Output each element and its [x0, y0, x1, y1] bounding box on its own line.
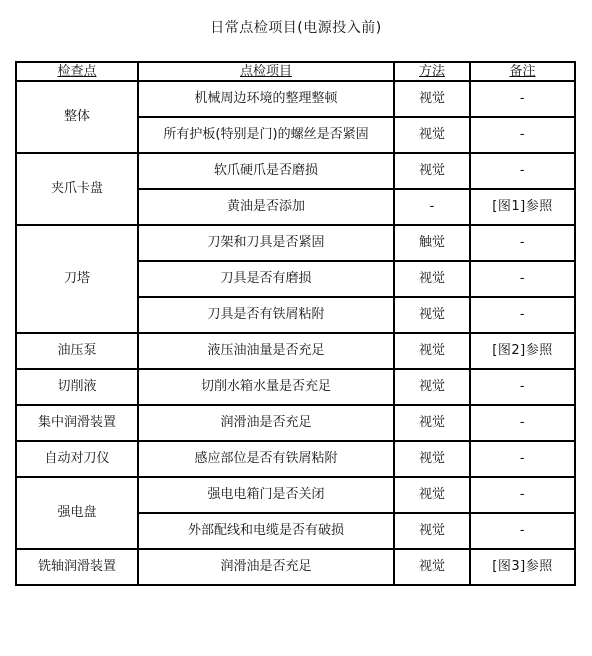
method-cell: 视觉	[394, 333, 470, 369]
header-checkpoint: 检查点	[16, 62, 138, 81]
item-cell: 切削水箱水量是否充足	[138, 369, 394, 405]
table-row: 刀塔 刀架和刀具是否紧固 触觉 -	[16, 225, 575, 261]
checkpoint-cell: 夹爪卡盘	[16, 153, 138, 225]
method-cell: 视觉	[394, 477, 470, 513]
checkpoint-cell: 刀塔	[16, 225, 138, 333]
method-cell: 视觉	[394, 513, 470, 549]
item-cell: 强电电箱门是否关闭	[138, 477, 394, 513]
item-cell: 感应部位是否有铁屑粘附	[138, 441, 394, 477]
table-row: 油压泵 液压油油量是否充足 视觉 [图2]参照	[16, 333, 575, 369]
header-method: 方法	[394, 62, 470, 81]
note-cell: -	[470, 81, 575, 117]
table-row: 铣轴润滑装置 润滑油是否充足 视觉 [图3]参照	[16, 549, 575, 585]
header-note: 备注	[470, 62, 575, 81]
method-cell: 视觉	[394, 117, 470, 153]
table-header-row: 检查点 点检项目 方法 备注	[16, 62, 575, 81]
item-cell: 润滑油是否充足	[138, 549, 394, 585]
checkpoint-cell: 油压泵	[16, 333, 138, 369]
checkpoint-cell: 强电盘	[16, 477, 138, 549]
header-item: 点检项目	[138, 62, 394, 81]
note-cell: -	[470, 297, 575, 333]
checkpoint-cell: 自动对刀仪	[16, 441, 138, 477]
table-row: 集中润滑装置 润滑油是否充足 视觉 -	[16, 405, 575, 441]
method-cell: -	[394, 189, 470, 225]
note-cell: -	[470, 513, 575, 549]
item-cell: 黄油是否添加	[138, 189, 394, 225]
note-cell: -	[470, 261, 575, 297]
inspection-table: 检查点 点检项目 方法 备注 整体 机械周边环境的整理整顿 视觉 - 所有护板(…	[15, 61, 576, 586]
method-cell: 视觉	[394, 549, 470, 585]
method-cell: 视觉	[394, 81, 470, 117]
note-cell: -	[470, 153, 575, 189]
table-row: 整体 机械周边环境的整理整顿 视觉 -	[16, 81, 575, 117]
note-cell: -	[470, 441, 575, 477]
method-cell: 视觉	[394, 153, 470, 189]
item-cell: 所有护板(特别是门)的螺丝是否紧固	[138, 117, 394, 153]
item-cell: 液压油油量是否充足	[138, 333, 394, 369]
method-cell: 视觉	[394, 297, 470, 333]
method-cell: 触觉	[394, 225, 470, 261]
method-cell: 视觉	[394, 369, 470, 405]
item-cell: 刀具是否有铁屑粘附	[138, 297, 394, 333]
note-cell: [图2]参照	[470, 333, 575, 369]
item-cell: 润滑油是否充足	[138, 405, 394, 441]
item-cell: 刀架和刀具是否紧固	[138, 225, 394, 261]
note-cell: -	[470, 225, 575, 261]
checkpoint-cell: 切削液	[16, 369, 138, 405]
note-cell: -	[470, 477, 575, 513]
note-cell: -	[470, 405, 575, 441]
item-cell: 刀具是否有磨损	[138, 261, 394, 297]
table-row: 切削液 切削水箱水量是否充足 视觉 -	[16, 369, 575, 405]
method-cell: 视觉	[394, 405, 470, 441]
checkpoint-cell: 铣轴润滑装置	[16, 549, 138, 585]
table-row: 自动对刀仪 感应部位是否有铁屑粘附 视觉 -	[16, 441, 575, 477]
method-cell: 视觉	[394, 261, 470, 297]
item-cell: 机械周边环境的整理整顿	[138, 81, 394, 117]
note-cell: [图1]参照	[470, 189, 575, 225]
table-row: 夹爪卡盘 软爪硬爪是否磨损 视觉 -	[16, 153, 575, 189]
checkpoint-cell: 整体	[16, 81, 138, 153]
checkpoint-cell: 集中润滑装置	[16, 405, 138, 441]
table-row: 强电盘 强电电箱门是否关闭 视觉 -	[16, 477, 575, 513]
document-title: 日常点检项目(电源投入前)	[0, 18, 592, 38]
note-cell: -	[470, 369, 575, 405]
item-cell: 软爪硬爪是否磨损	[138, 153, 394, 189]
method-cell: 视觉	[394, 441, 470, 477]
item-cell: 外部配线和电缆是否有破损	[138, 513, 394, 549]
note-cell: [图3]参照	[470, 549, 575, 585]
note-cell: -	[470, 117, 575, 153]
